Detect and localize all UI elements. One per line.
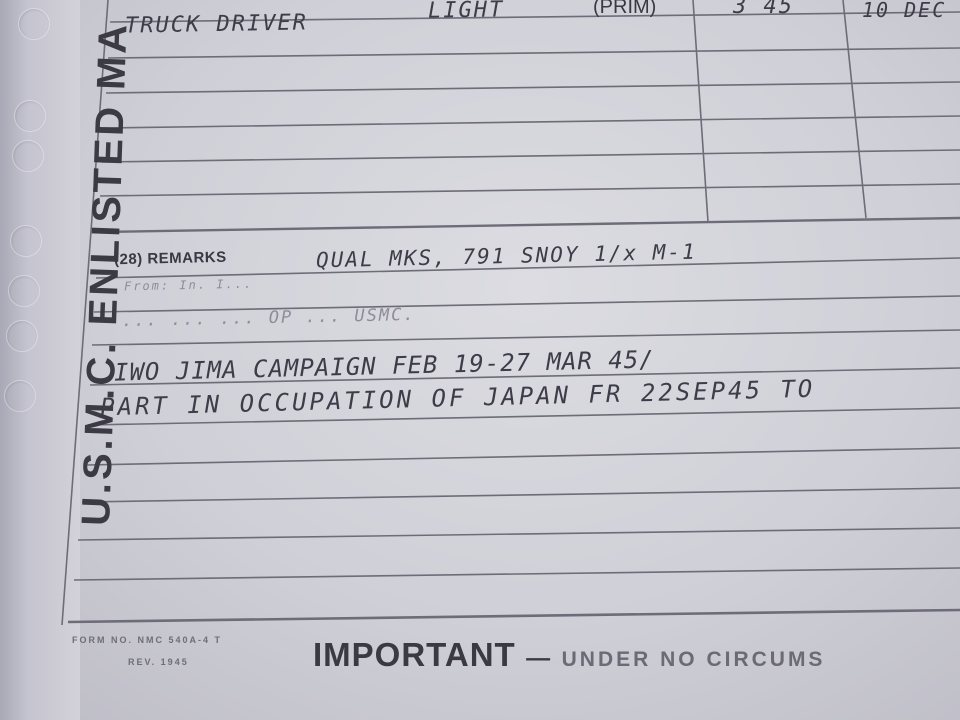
occupation-title: TRUCK DRIVER (125, 10, 308, 38)
occupation-date: 10 DEC (862, 0, 946, 22)
form-number: FORM NO. NMC 540A-4 T (72, 635, 222, 645)
occupation-qualifier: LIGHT (428, 0, 505, 24)
remarks-line-2: From: In. I... (124, 277, 253, 294)
remarks-label: (28) REMARKS (114, 249, 227, 268)
occupation-code-type: (PRIM) (593, 0, 656, 19)
occupation-amount: 3 45 (733, 0, 794, 19)
form-revision: REV. 1945 (128, 657, 189, 667)
important-text: UNDER NO CIRCUMS (562, 648, 826, 671)
important-dash: — (526, 645, 551, 672)
important-label: IMPORTANT (313, 636, 516, 673)
important-notice: IMPORTANT — UNDER NO CIRCUMS (313, 636, 825, 674)
